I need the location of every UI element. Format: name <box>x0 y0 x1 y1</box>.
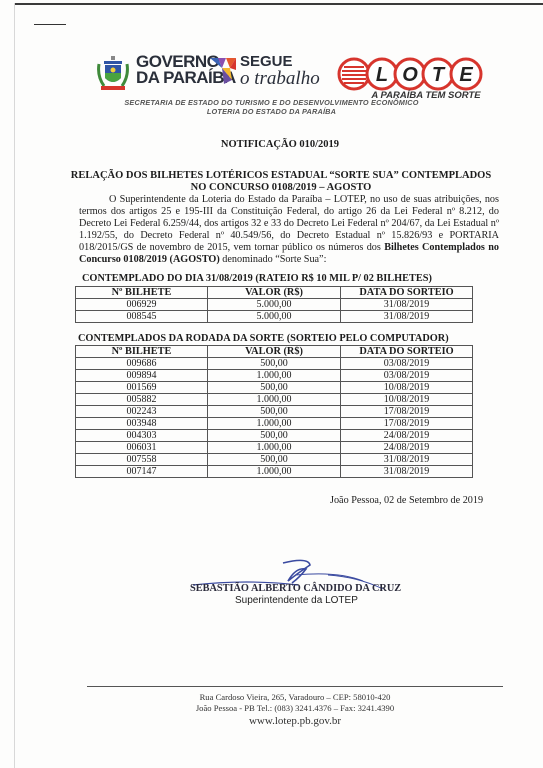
body-text-part2: denominado “Sorte Sua”: <box>220 254 327 265</box>
footer-address: Rua Cardoso Vieira, 265, Varadouro – CEP… <box>0 692 543 703</box>
ticket-number-cell: 007558 <box>76 454 208 466</box>
table-row: 001569500,0010/08/2019 <box>76 382 473 394</box>
draw-date-cell: 31/08/2019 <box>341 454 473 466</box>
column-header-ticket: Nº BILHETE <box>76 346 208 358</box>
ticket-number-cell: 003948 <box>76 418 208 430</box>
draw-date-cell: 24/08/2019 <box>341 442 473 454</box>
draw-date-cell: 03/08/2019 <box>341 358 473 370</box>
draw-date-cell: 31/08/2019 <box>341 299 473 311</box>
value-cell: 1.000,00 <box>208 418 341 430</box>
winners-table-computer-draw: Nº BILHETE VALOR (R$) DATA DO SORTEIO 00… <box>75 345 473 478</box>
table-row: 002243500,0017/08/2019 <box>76 406 473 418</box>
svg-text:L: L <box>376 64 388 86</box>
body-paragraph: O Superintendente da Loteria do Estado d… <box>79 194 499 266</box>
table-row: 0039481.000,0017/08/2019 <box>76 418 473 430</box>
value-cell: 500,00 <box>208 454 341 466</box>
column-header-date: DATA DO SORTEIO <box>341 346 473 358</box>
footer-website-link[interactable]: www.lotep.pb.gov.br <box>0 714 543 728</box>
signer-name: SEBASTIÃO ALBERTO CÂNDIDO DA CRUZ <box>190 583 401 594</box>
column-header-date: DATA DO SORTEIO <box>341 287 473 299</box>
footer: Rua Cardoso Vieira, 265, Varadouro – CEP… <box>0 692 543 728</box>
table-row: 0071471.000,0031/08/2019 <box>76 466 473 478</box>
value-cell: 500,00 <box>208 430 341 442</box>
svg-text:E: E <box>459 64 473 86</box>
letterhead: GOVERNO DA PARAÍBA SEGUE o trabalho LOTE <box>0 46 543 116</box>
page-edge <box>14 3 543 5</box>
draw-date-cell: 24/08/2019 <box>341 430 473 442</box>
value-cell: 500,00 <box>208 358 341 370</box>
table-header-row: Nº BILHETE VALOR (R$) DATA DO SORTEIO <box>76 287 473 299</box>
draw-date-cell: 31/08/2019 <box>341 311 473 323</box>
department-line-2: LOTERIA DO ESTADO DA PARAÍBA <box>0 107 543 116</box>
table-row: 0060311.000,0024/08/2019 <box>76 442 473 454</box>
value-cell: 5.000,00 <box>208 311 341 323</box>
value-cell: 5.000,00 <box>208 299 341 311</box>
ticket-number-cell: 004303 <box>76 430 208 442</box>
draw-date-cell: 10/08/2019 <box>341 382 473 394</box>
ticket-number-cell: 006031 <box>76 442 208 454</box>
ticket-number-cell: 009686 <box>76 358 208 370</box>
ticket-number-cell: 001569 <box>76 382 208 394</box>
ticket-number-cell: 006929 <box>76 299 208 311</box>
draw-date-cell: 31/08/2019 <box>341 466 473 478</box>
segue-trabalho-icon <box>210 56 236 86</box>
department-name: SECRETARIA DE ESTADO DO TURISMO E DO DES… <box>0 98 543 116</box>
value-cell: 500,00 <box>208 406 341 418</box>
value-cell: 1.000,00 <box>208 442 341 454</box>
column-header-value: VALOR (R$) <box>208 346 341 358</box>
footer-divider <box>87 686 503 687</box>
value-cell: 1.000,00 <box>208 394 341 406</box>
ticket-number-cell: 007147 <box>76 466 208 478</box>
draw-date-cell: 17/08/2019 <box>341 406 473 418</box>
lotep-logo-icon: LOTE <box>336 56 496 92</box>
table-row: 0058821.000,0010/08/2019 <box>76 394 473 406</box>
column-header-value: VALOR (R$) <box>208 287 341 299</box>
winners-table-day: Nº BILHETE VALOR (R$) DATA DO SORTEIO 00… <box>75 286 473 323</box>
signer-role: Superintendente da LOTEP <box>235 595 358 606</box>
draw-date-cell: 10/08/2019 <box>341 394 473 406</box>
value-cell: 1.000,00 <box>208 370 341 382</box>
table-row: 009686500,0003/08/2019 <box>76 358 473 370</box>
document-subtitle: RELAÇÃO DOS BILHETES LOTÉRICOS ESTADUAL … <box>66 170 496 194</box>
table-row: 0085455.000,0031/08/2019 <box>76 311 473 323</box>
margin-mark <box>34 24 66 25</box>
footer-contact: João Pessoa - PB Tel.: (083) 3241.4376 –… <box>0 703 543 714</box>
table-row: 0069295.000,0031/08/2019 <box>76 299 473 311</box>
slogan: SEGUE o trabalho <box>240 54 320 89</box>
slogan-line-2: o trabalho <box>240 69 320 89</box>
page-edge-left <box>14 3 15 768</box>
value-cell: 500,00 <box>208 382 341 394</box>
state-crest-icon <box>96 56 130 92</box>
place-date: João Pessoa, 02 de Setembro de 2019 <box>330 495 483 506</box>
column-header-ticket: Nº BILHETE <box>76 287 208 299</box>
ticket-number-cell: 002243 <box>76 406 208 418</box>
table-row: 007558500,0031/08/2019 <box>76 454 473 466</box>
ticket-number-cell: 008545 <box>76 311 208 323</box>
table-row: 004303500,0024/08/2019 <box>76 430 473 442</box>
svg-text:O: O <box>402 64 418 86</box>
svg-text:T: T <box>432 64 446 86</box>
table2-caption: CONTEMPLADOS DA RODADA DA SORTE (SORTEIO… <box>78 333 449 344</box>
slogan-line-1: SEGUE <box>240 54 320 69</box>
table1-caption: CONTEMPLADO DO DIA 31/08/2019 (RATEIO R$… <box>82 273 432 284</box>
ticket-number-cell: 005882 <box>76 394 208 406</box>
table-row: 0098941.000,0003/08/2019 <box>76 370 473 382</box>
department-line-1: SECRETARIA DE ESTADO DO TURISMO E DO DES… <box>0 98 543 107</box>
value-cell: 1.000,00 <box>208 466 341 478</box>
document-title: NOTIFICAÇÃO 010/2019 <box>0 139 543 150</box>
draw-date-cell: 17/08/2019 <box>341 418 473 430</box>
ticket-number-cell: 009894 <box>76 370 208 382</box>
table-header-row: Nº BILHETE VALOR (R$) DATA DO SORTEIO <box>76 346 473 358</box>
draw-date-cell: 03/08/2019 <box>341 370 473 382</box>
